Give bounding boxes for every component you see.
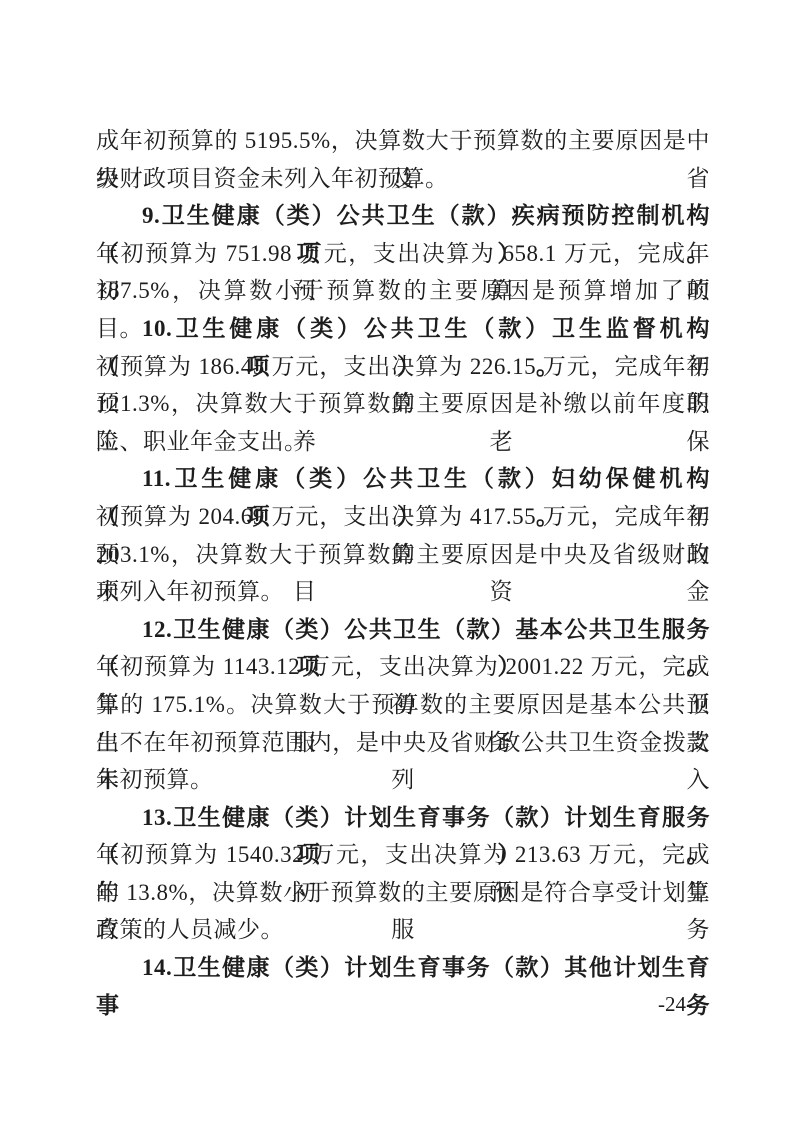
text-line: 年初预算为 1540.32 万元，支出决算为 213.63 万元，完成年初预算: [96, 836, 710, 874]
body-text: 政策的人员减少。: [96, 917, 284, 942]
body-text: 险、职业年金支出。: [96, 429, 308, 454]
text-line: 成年初预算的 5195.5%，决算数大于预算数的主要原因是中央及省: [96, 122, 710, 160]
document-page: 成年初预算的 5195.5%，决算数大于预算数的主要原因是中央及省级财政项目资金…: [0, 0, 793, 1122]
text-line: 187.5%，决算数小于预算数的主要原因是预算增加了项目。: [96, 272, 710, 310]
body-text: 未列入年初预算。: [96, 579, 284, 604]
text-line: 初预算为 204.69 万元，支出决算为 417.55 万元，完成年初预算的: [96, 498, 710, 536]
document-body: 成年初预算的 5195.5%，决算数大于预算数的主要原因是中央及省级财政项目资金…: [96, 122, 710, 987]
heading-line: 9.卫生健康（类）公共卫生（款）疾病预防控制机构（项）。: [96, 197, 710, 235]
body-text: 年初预算。: [96, 767, 214, 792]
text-line: 203.1%，决算数大于预算数的主要原因是中央及省级财政项目资金: [96, 536, 710, 574]
heading-line: 10.卫生健康（类）公共卫生（款）卫生监督机构（项）。年: [96, 310, 710, 348]
text-line: 121.3%，决算数大于预算数的主要原因是补缴以前年度职工养老保: [96, 385, 710, 423]
page-number: -24-: [96, 990, 693, 1018]
heading-line: 12.卫生健康（类）公共卫生（款）基本公共卫生服务（项）。: [96, 611, 710, 649]
body-text: 级财政项目资金未列入年初预算。: [96, 166, 449, 191]
text-line: 的 13.8%，决算数小于预算数的主要原因是符合享受计划生育服务: [96, 874, 710, 912]
heading-line: 13.卫生健康（类）计划生育事务（款）计划生育服务（项）。: [96, 799, 710, 837]
text-line: 出不在年初预算范围内，是中央及省财政公共卫生资金拨款未列入: [96, 724, 710, 762]
text-line: 算的 175.1%。决算数大于预算数的主要原因是基本公共卫生服务支: [96, 686, 710, 724]
heading-line: 14.卫生健康（类）计划生育事务（款）其他计划生育事务: [96, 949, 710, 987]
text-line: 年初预算为 1143.12 万元，支出决算为 2001.22 万元，完成年初预: [96, 648, 710, 686]
heading-line: 11.卫生健康（类）公共卫生（款）妇幼保健机构（项）。年: [96, 460, 710, 498]
text-line: 年初预算为 751.98 万元，支出决算为 658.1 万元，完成年初预算的: [96, 235, 710, 273]
text-line: 初预算为 186.45 万元，支出决算为 226.15 万元，完成年初预算的: [96, 348, 710, 386]
